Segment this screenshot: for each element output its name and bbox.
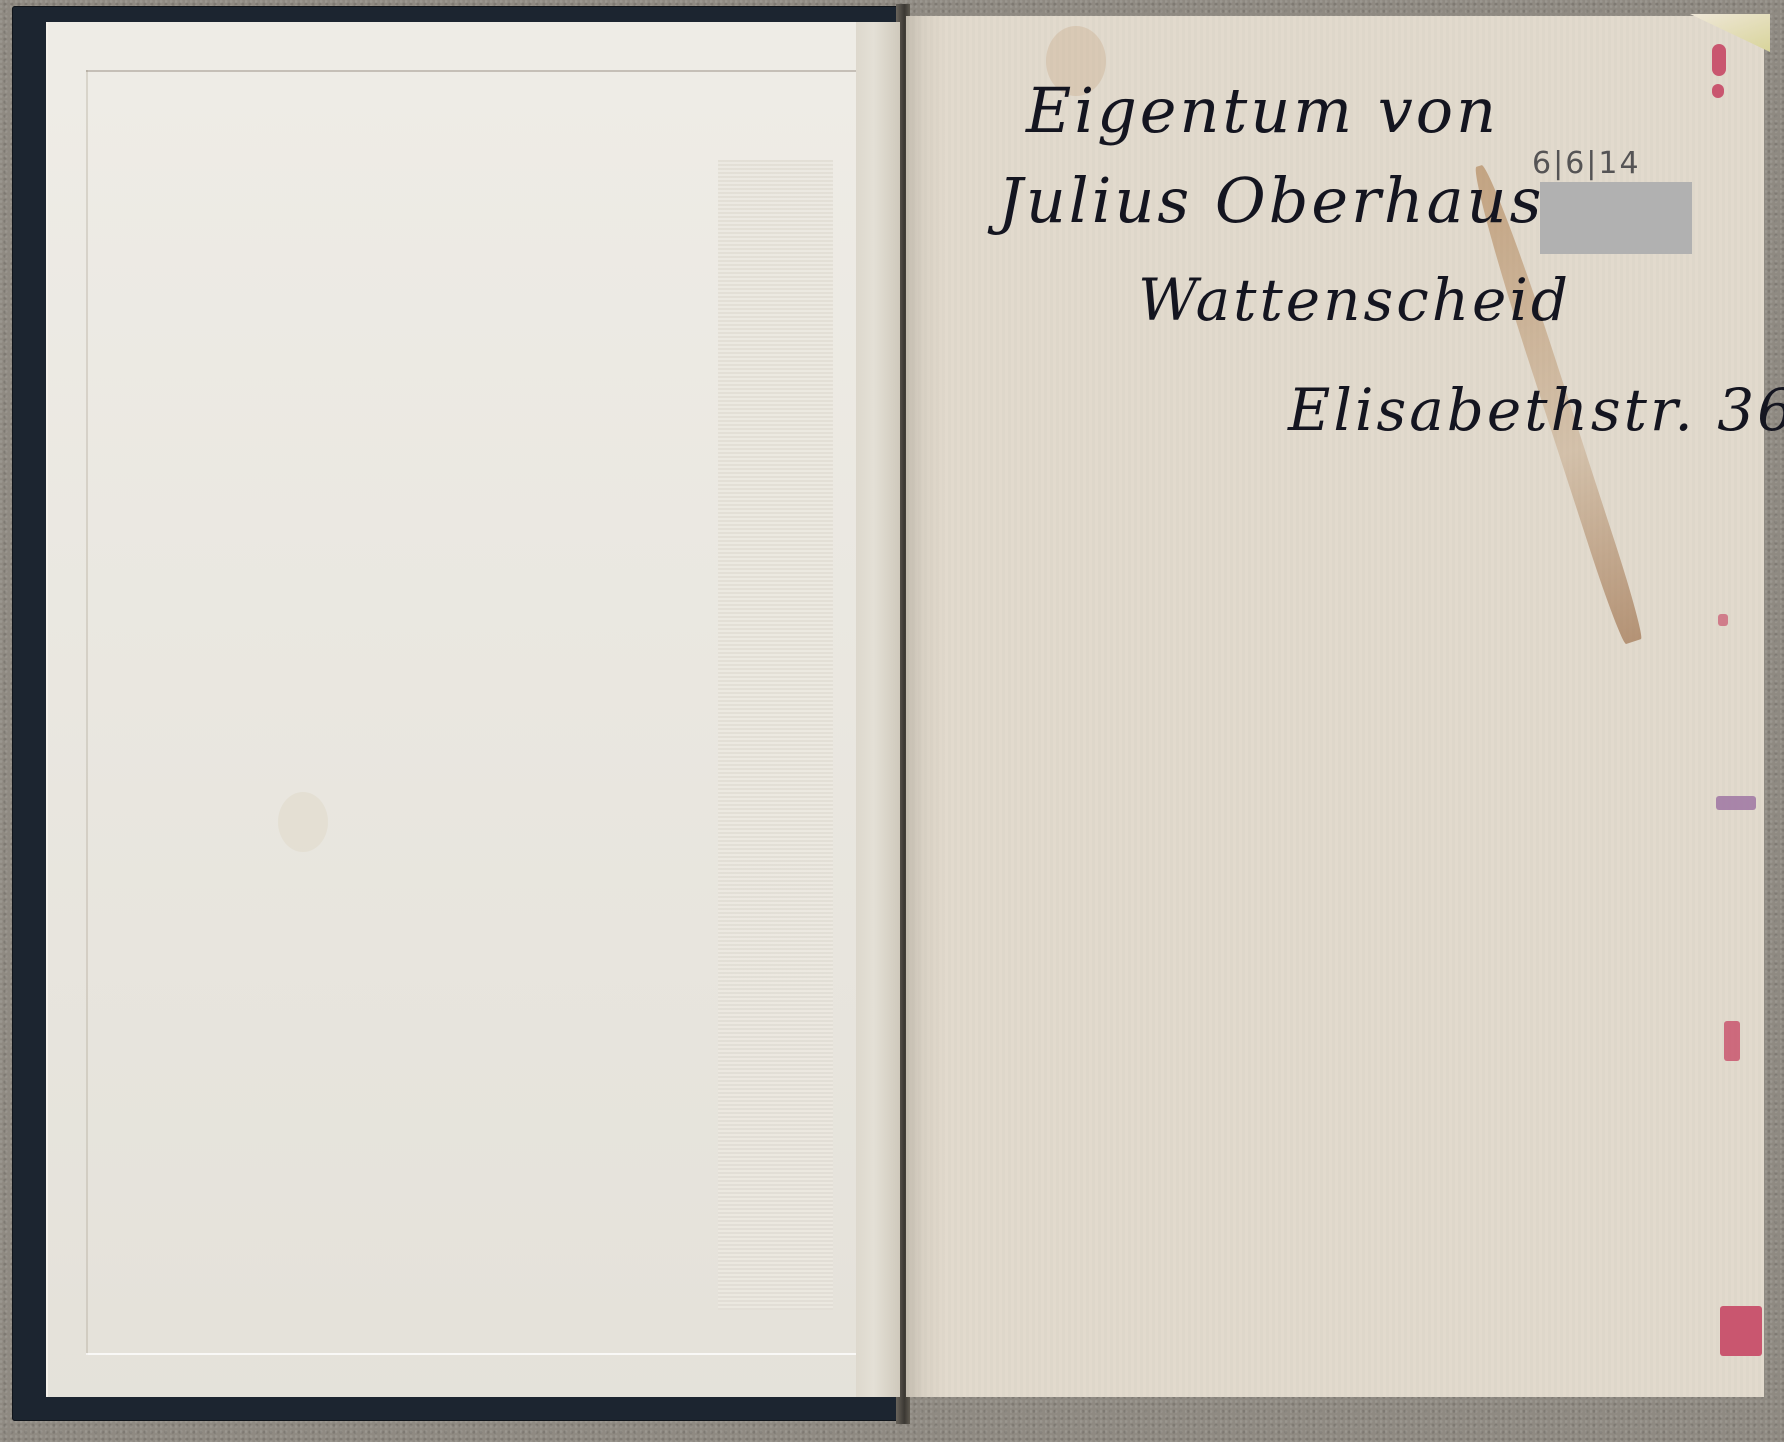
hinge-texture-strip bbox=[718, 160, 833, 1310]
inscription-line-4: Elisabethstr. 36 bbox=[1288, 376, 1784, 444]
pink-mark bbox=[1720, 1306, 1762, 1356]
inscription-line-1: Eigentum von bbox=[1026, 74, 1499, 147]
pink-mark bbox=[1718, 614, 1728, 626]
pink-mark bbox=[1712, 84, 1724, 98]
left-pastedown-page bbox=[46, 22, 900, 1397]
book-photo: Eigentum von Julius Oberhaus Wattenschei… bbox=[0, 0, 1784, 1442]
pencil-catalog-note: 6|6|14 bbox=[1532, 146, 1641, 181]
turn-in-line-left bbox=[86, 70, 88, 1355]
pink-mark bbox=[1712, 44, 1726, 76]
right-flyleaf-page: Eigentum von Julius Oberhaus Wattenschei… bbox=[906, 16, 1764, 1397]
folded-corner bbox=[1690, 14, 1770, 52]
inscription-line-2: Julius Oberhaus bbox=[998, 164, 1544, 237]
faint-stain bbox=[278, 792, 328, 852]
hinge bbox=[856, 22, 900, 1397]
redacted-block bbox=[1540, 182, 1692, 254]
pink-mark bbox=[1716, 796, 1756, 810]
turn-in-line-bottom bbox=[86, 1353, 900, 1355]
inscription-line-3: Wattenscheid bbox=[1138, 266, 1571, 334]
pink-mark bbox=[1724, 1021, 1740, 1061]
turn-in-line-top bbox=[86, 70, 900, 72]
